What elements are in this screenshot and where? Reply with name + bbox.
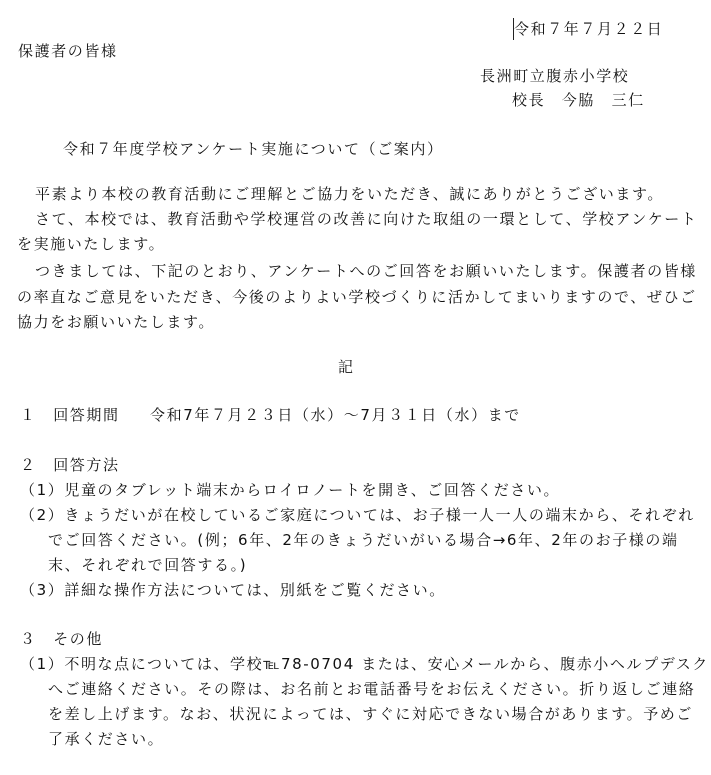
section-3-item-1-cont: へご連絡ください。その際は、お名前とお電話番号をお伝えください。折り返しご連絡 — [48, 680, 695, 698]
section-3-heading: ３ その他 — [20, 630, 103, 648]
section-2-item-2-cont: でご回答ください。(例；6年、2年のきょうだいがいる場合→6年、2年のお子様の端 — [48, 531, 679, 549]
document-date: 令和７年７月２２日 — [514, 20, 663, 38]
section-2-item-3: （3）詳細な操作方法については、別紙をご覧ください。 — [20, 581, 446, 599]
body-paragraph-3: つきましては、下記のとおり、アンケートへのご回答をお願いいたします。保護者の皆様 — [35, 262, 697, 280]
body-paragraph-3-end: 協力をお願いいたします。 — [17, 313, 215, 331]
body-paragraph-3-cont: の率直なご意見をいただき、今後のよりよい学校づくりに活かしてまいりますので、ぜひ… — [17, 288, 697, 306]
school-name: 長洲町立腹赤小学校 — [480, 67, 629, 85]
body-paragraph-2: さて、本校では、教育活動や学校運営の改善に向けた取組の一環として、学校アンケート — [35, 210, 698, 228]
section-1-value: 令和7年７月２３日（水）～7月３１日（水）まで — [150, 406, 521, 424]
section-2-item-1: （1）児童のタブレット端末からロイロノートを開き、ご回答ください。 — [20, 481, 560, 499]
document-title: 令和７年度学校アンケート実施について（ご案内） — [63, 140, 444, 158]
section-1-heading: １ 回答期間 — [20, 406, 120, 424]
body-paragraph-1: 平素より本校の教育活動にご理解とご協力をいただき、誠にありがとうございます。 — [35, 185, 664, 203]
recipient: 保護者の皆様 — [18, 42, 118, 60]
section-2-item-2: （2）きょうだいが在校しているご家庭については、お子様一人一人の端末から、それぞ… — [20, 506, 695, 524]
section-2-heading: ２ 回答方法 — [20, 456, 120, 474]
section-3-item-1-cont2: を差し上げます。なお、状況によっては、すぐに対応できない場合があります。予めご — [48, 705, 693, 723]
section-3-item-1: （1）不明な点については、学校℡78-0704 または、安心メールから、腹赤小ヘ… — [20, 655, 709, 673]
section-3-item-1-end: 了承ください。 — [48, 730, 164, 748]
principal-name: 校長 今脇 三仁 — [512, 91, 645, 109]
body-paragraph-2-cont: を実施いたします。 — [17, 235, 165, 253]
ki-heading: 記 — [338, 358, 355, 376]
section-2-item-2-end: 末、それぞれで回答する。) — [48, 556, 247, 574]
